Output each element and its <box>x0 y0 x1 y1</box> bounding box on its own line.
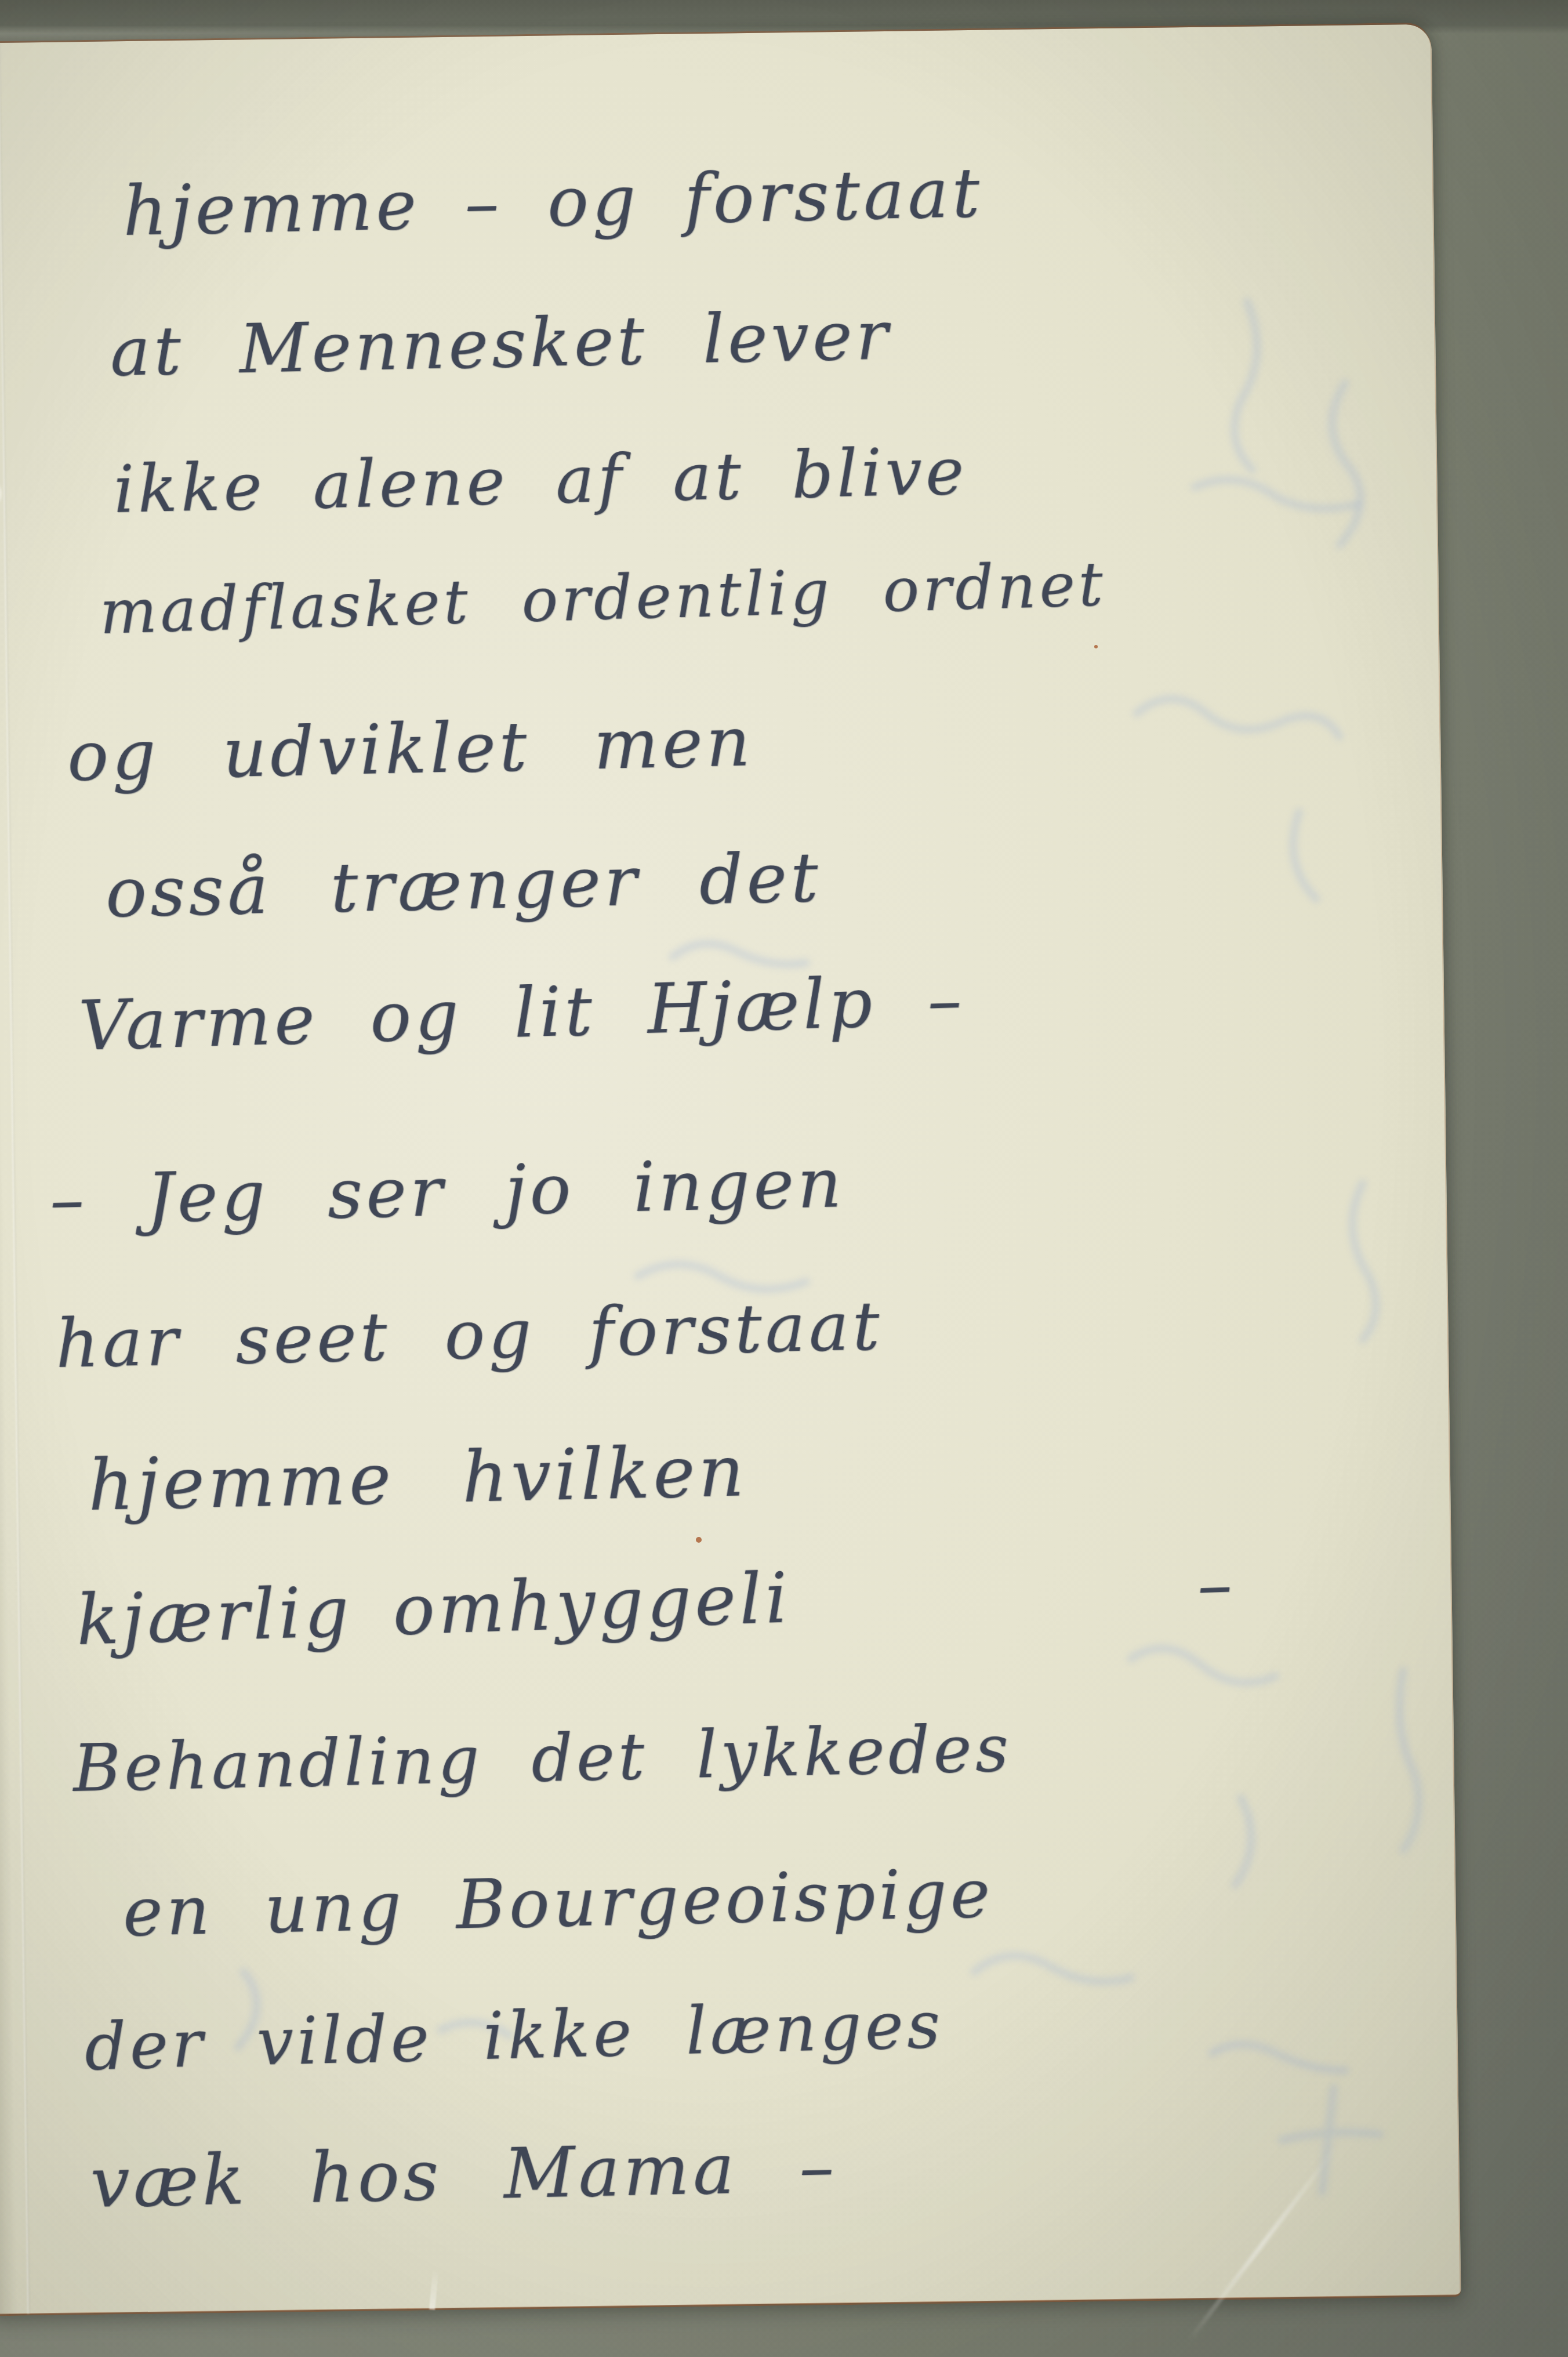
handwriting-line: kjærlig omhyggeli – <box>75 1544 1237 1661</box>
handwriting-line: osså trænger det <box>104 837 822 933</box>
handwriting-line: en ung Bourgeoispige <box>122 1854 994 1952</box>
handwriting-block: hjemme – og forstaat at Mennesket lever … <box>0 0 1568 2357</box>
handwriting-line: hjemme hvilken <box>87 1430 748 1526</box>
handwriting-line: væk hos Mama – <box>89 2127 838 2224</box>
handwriting-line: har seet og forstaat <box>55 1287 884 1383</box>
handwriting-line: der vilde ikke længes <box>84 1987 945 2085</box>
handwriting-line: madflasket ordentlig ordnet <box>99 549 1107 648</box>
handwriting-line: Varme og lit Hjælp – <box>78 960 966 1066</box>
handwriting-line: hjemme – og forstaat <box>122 153 983 251</box>
handwriting-line: ikke alene af at blive <box>113 434 968 528</box>
manuscript-photo: { "page": { "kind": "handwritten-letter-… <box>0 0 1568 2357</box>
handwriting-line: Behandling det lykkedes <box>72 1711 1013 1807</box>
handwriting-line: at Mennesket lever <box>110 296 892 391</box>
handwriting-line: – Jeg ser jo ingen <box>49 1143 845 1240</box>
handwriting-line: og udviklet men <box>66 701 754 796</box>
